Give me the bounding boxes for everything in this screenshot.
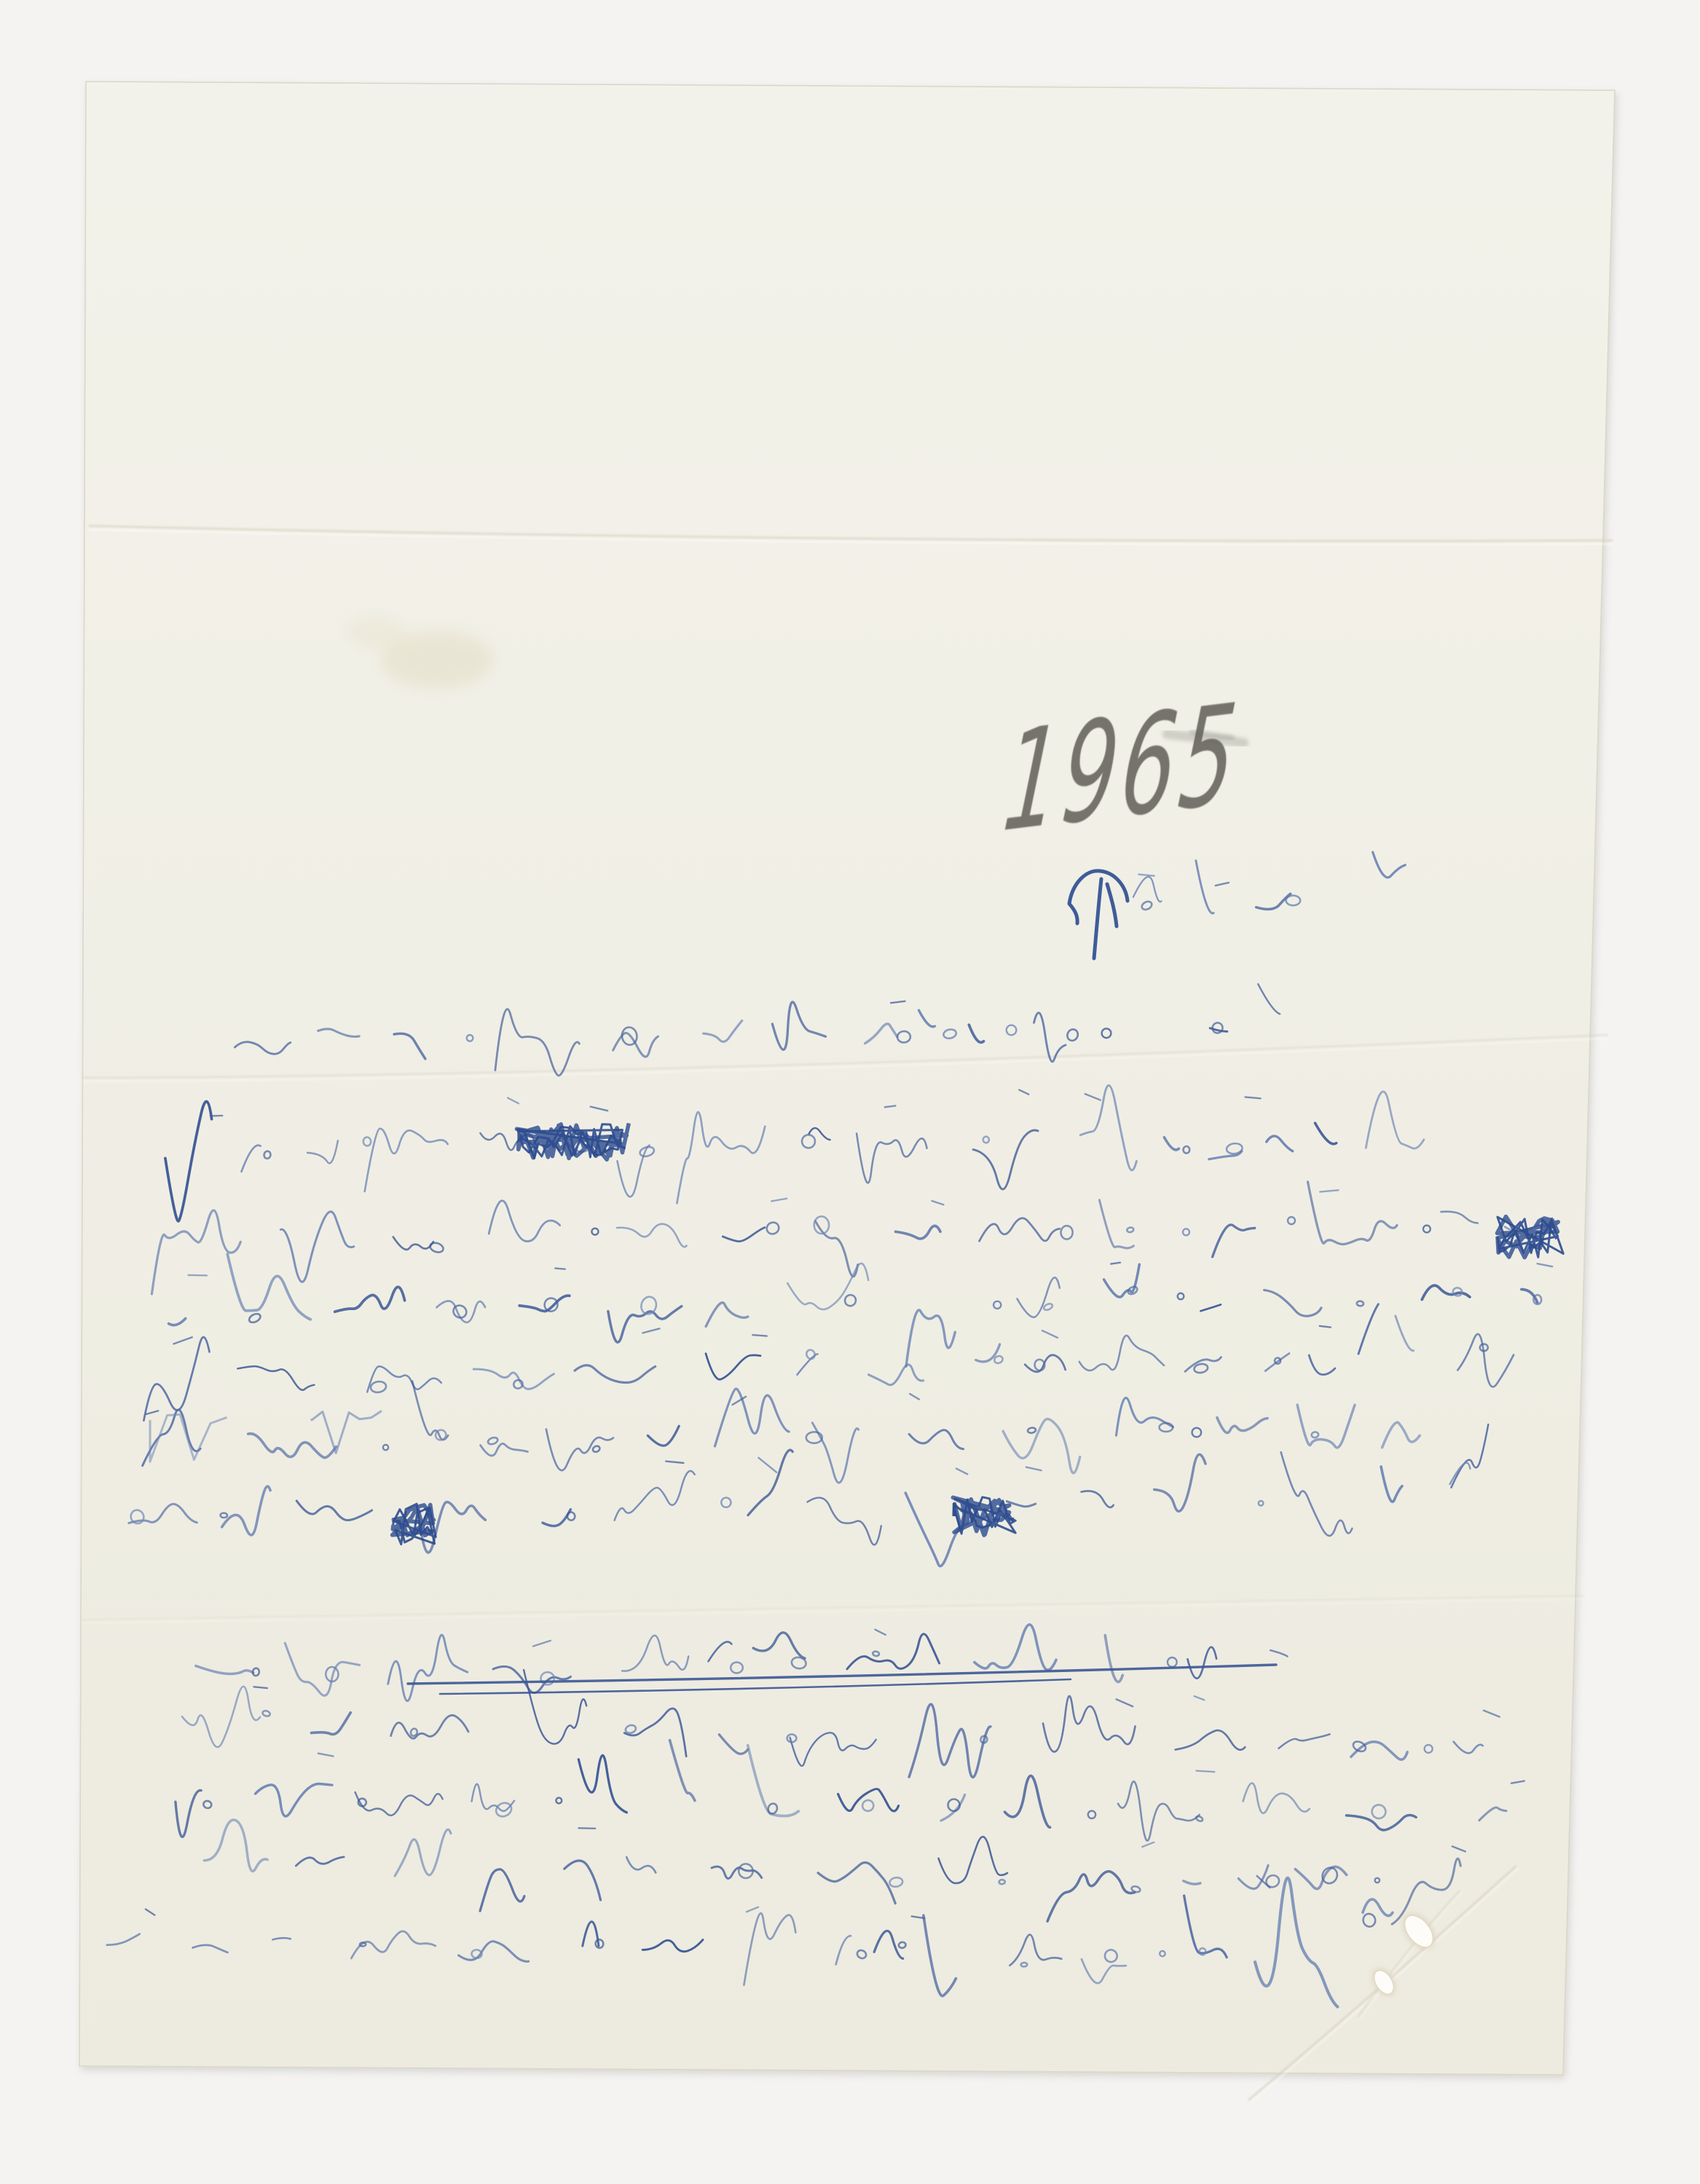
ink-tick <box>555 1269 564 1269</box>
paper-group <box>79 82 1615 2075</box>
pencil-annotation-group: 1965 <box>998 674 1246 863</box>
ink-tick <box>210 1116 222 1116</box>
ink-tick <box>1197 1771 1215 1773</box>
ink-tick <box>579 1828 596 1829</box>
paper-stain <box>347 616 405 648</box>
ink-tick <box>1320 1326 1331 1328</box>
ink-tick <box>752 1335 766 1336</box>
letter-paper <box>79 82 1615 2075</box>
scan-background: 1965 <box>0 0 1700 2184</box>
letter-scan-svg: 1965 <box>0 0 1700 2184</box>
pencil-year-annotation: 1965 <box>998 674 1246 863</box>
